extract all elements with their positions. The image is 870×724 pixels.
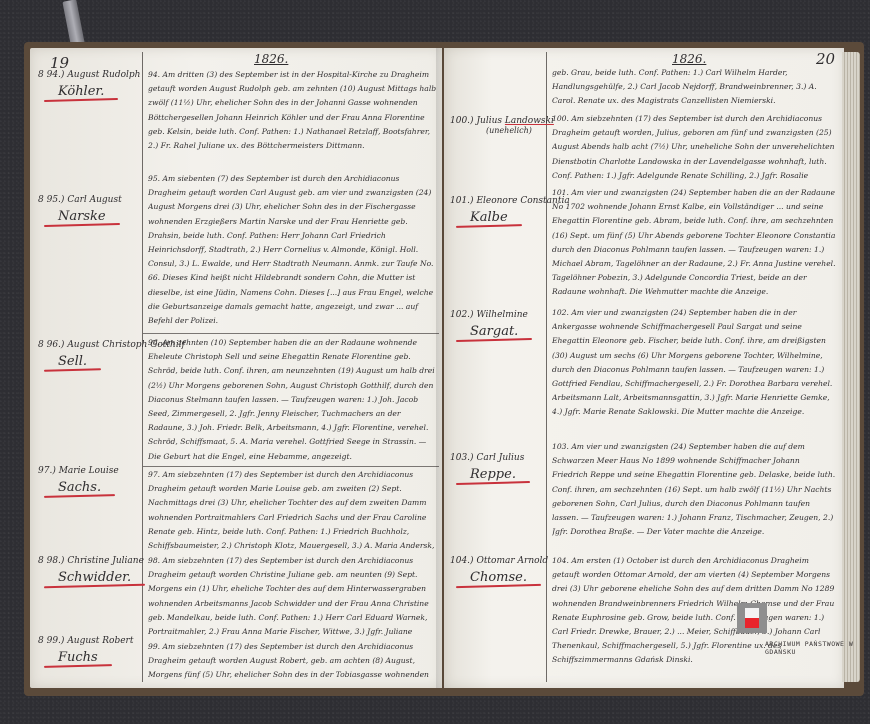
given-names: Christine Juliane [67, 556, 144, 566]
page-edges [842, 52, 860, 682]
baptism-name-96: 8 96.) August Christoph Gotthilf Sell. [38, 340, 158, 369]
baptism-name-95: 8 95.) Carl August Narske [38, 195, 158, 224]
baptism-entry-97: 97. Am siebzehnten (17) des September is… [148, 468, 438, 554]
entry-divider [143, 466, 439, 467]
surname: Narske [58, 209, 106, 224]
right-page: 1826. 20 geb. Grau, beide luth. Conf. Pa… [444, 48, 844, 688]
baptism-entry-102: 102. Am vier und zwanzigsten (24) Septem… [552, 306, 837, 438]
surname: Kalbe [470, 210, 508, 225]
surname: Landowski [505, 116, 554, 126]
entry-divider [143, 333, 439, 334]
year-header-left: 1826. [254, 52, 288, 66]
baptism-name-98: 8 98.) Christine Juliane Schwidder. [38, 556, 158, 585]
baptism-entry-96: 96. Am zehnten (10) September haben die … [148, 336, 438, 464]
baptism-entry-103: 103. Am vier und zwanzigsten (24) Septem… [552, 440, 837, 552]
archive-stamp-text: ARCHIWUM PAŃSTWOWE W GDAŃSKU [765, 640, 870, 656]
baptism-entry-99: 99. Am siebzehnten (17) des September is… [148, 640, 438, 684]
given-names: Wilhelmine [476, 310, 527, 320]
open-register-book: 19 1826. 8 94.) August Rudolph Köhler. 8… [24, 38, 864, 696]
polish-flag-icon [745, 608, 759, 628]
surname: Köhler. [58, 84, 104, 99]
given-names: Julius [476, 116, 502, 126]
surname: Sargat. [470, 324, 518, 339]
column-rule [546, 52, 547, 682]
given-names: Ottomar Arnold [476, 556, 548, 566]
given-names: August Robert [67, 636, 133, 646]
year-header-right: 1826. [672, 52, 706, 66]
given-names: Carl Julius [476, 453, 524, 463]
baptism-name-94: 8 94.) August Rudolph Köhler. [38, 70, 158, 99]
baptism-name-99: 8 99.) August Robert Fuchs [38, 636, 158, 665]
given-names: Marie Louise [59, 466, 119, 476]
baptism-entry-95: 95. Am siebenten (7) des September ist d… [148, 172, 438, 326]
baptism-entry-94: 94. Am dritten (3) des September ist in … [148, 68, 438, 172]
surname: Sachs. [58, 480, 101, 495]
surname: Sell. [58, 354, 87, 369]
baptism-entry-101: 101. Am vier und zwanzigsten (24) Septem… [552, 186, 837, 304]
surname: Fuchs [58, 650, 98, 665]
margin-mark: 8 [38, 70, 44, 80]
baptism-entry-104: 104. Am ersten (1) October ist durch den… [552, 554, 837, 674]
surname: Chomse. [470, 570, 527, 585]
surname: Schwidder. [58, 570, 131, 585]
given-names: August Rudolph [67, 70, 140, 80]
continuation-entry-99: geb. Grau, beide luth. Conf. Pathen: 1.)… [552, 66, 837, 110]
baptism-entry-98: 98. Am siebzehnten (17) des September is… [148, 554, 438, 640]
archive-stamp-logo-icon [737, 603, 767, 633]
baptism-name-97: 97.) Marie Louise Sachs. [38, 466, 158, 495]
given-names: Carl August [67, 195, 121, 205]
baptism-entry-100: 100. Am siebzehnten (17) des September i… [552, 112, 837, 184]
left-page: 19 1826. 8 94.) August Rudolph Köhler. 8… [30, 48, 442, 688]
surname: Reppe. [470, 467, 516, 482]
